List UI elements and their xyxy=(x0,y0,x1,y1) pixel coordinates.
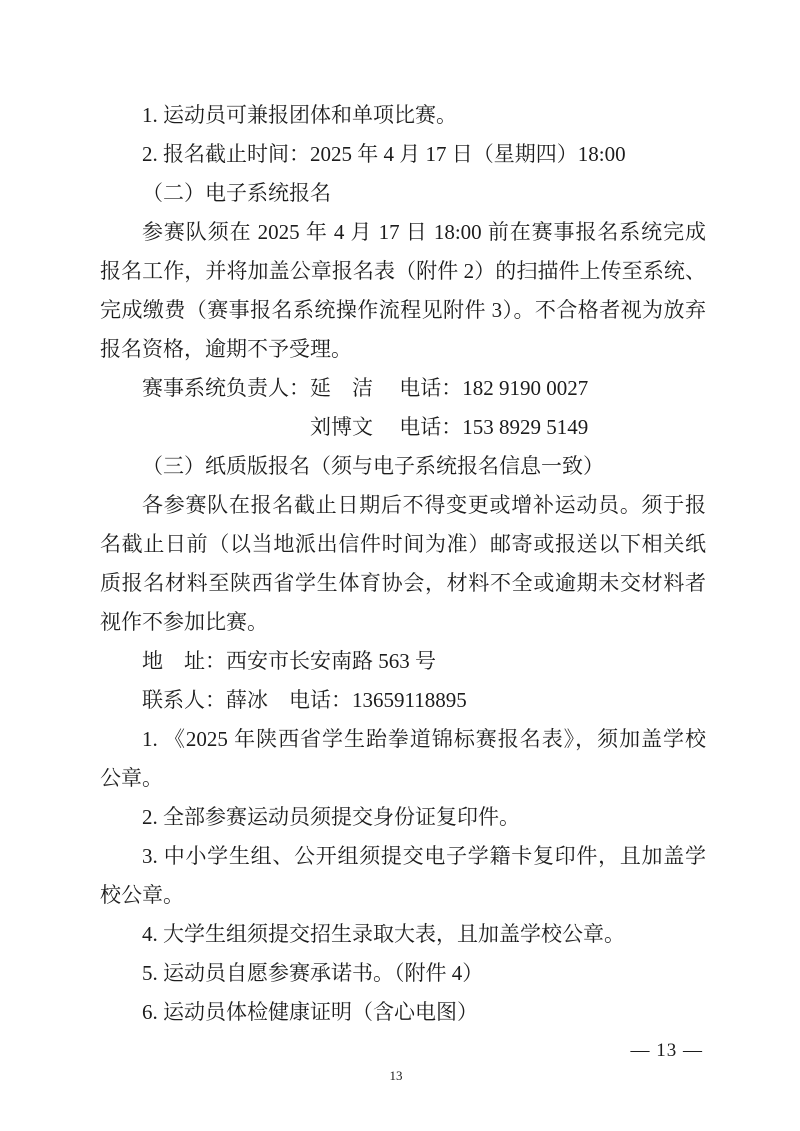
section-heading-paper-registration: （三）纸质版报名（须与电子系统报名信息一致） xyxy=(100,447,706,486)
para-electronic-registration-line-1: 参赛队须在 2025 年 4 月 17 日 18:00 前在赛事报名系统完成 xyxy=(100,213,706,252)
material-item-1-line-1: 1. 《2025 年陕西省学生跆拳道锦标赛报名表》，须加盖学校 xyxy=(100,720,706,759)
para-electronic-registration-line-2: 报名工作，并将加盖公章报名表（附件 2）的扫描件上传至系统、 xyxy=(100,252,706,291)
material-item-5: 5. 运动员自愿参赛承诺书。（附件 4） xyxy=(100,954,706,993)
document-page: 1. 运动员可兼报团体和单项比赛。 2. 报名截止时间：2025 年 4 月 1… xyxy=(0,0,800,1131)
para-electronic-registration-line-4: 报名资格，逾期不予受理。 xyxy=(100,330,706,369)
para-paper-registration-line-2: 名截止日前（以当地派出信件时间为准）邮寄或报送以下相关纸 xyxy=(100,525,706,564)
para-paper-registration-line-4: 视作不参加比赛。 xyxy=(100,603,706,642)
para-electronic-registration-line-3: 完成缴费（赛事报名系统操作流程见附件 3）。不合格者视为放弃 xyxy=(100,291,706,330)
para-paper-registration-line-1: 各参赛队在报名截止日期后不得变更或增补运动员。须于报 xyxy=(100,486,706,525)
material-item-6: 6. 运动员体检健康证明（含心电图） xyxy=(100,993,706,1032)
material-item-2: 2. 全部参赛运动员须提交身份证复印件。 xyxy=(100,798,706,837)
list-item-athlete-dual-entry: 1. 运动员可兼报团体和单项比赛。 xyxy=(100,96,706,135)
material-item-3-line-2: 校公章。 xyxy=(100,876,706,915)
contact-system-manager-liubowen: 刘博文 电话：153 8929 5149 xyxy=(100,408,706,447)
material-item-4: 4. 大学生组须提交招生录取大表，且加盖学校公章。 xyxy=(100,915,706,954)
section-heading-electronic-registration: （二）电子系统报名 xyxy=(100,174,706,213)
para-paper-registration-line-3: 质报名材料至陕西省学生体育协会，材料不全或逾期未交材料者 xyxy=(100,564,706,603)
contact-system-manager-yanjie: 赛事系统负责人：延 洁 电话：182 9190 0027 xyxy=(100,369,706,408)
list-item-registration-deadline: 2. 报名截止时间：2025 年 4 月 17 日（星期四）18:00 xyxy=(100,135,706,174)
document-body: 1. 运动员可兼报团体和单项比赛。 2. 报名截止时间：2025 年 4 月 1… xyxy=(100,96,706,1032)
material-item-1-line-2: 公章。 xyxy=(100,759,706,798)
page-number-plain: 13 xyxy=(0,1069,796,1083)
material-item-3-line-1: 3. 中小学生组、公开组须提交电子学籍卡复印件，且加盖学 xyxy=(100,837,706,876)
page-number-decorated: — 13 — xyxy=(631,1041,704,1061)
address-line: 地 址：西安市长安南路 563 号 xyxy=(100,642,706,681)
contact-person-line: 联系人：薛冰 电话：13659118895 xyxy=(100,681,706,720)
